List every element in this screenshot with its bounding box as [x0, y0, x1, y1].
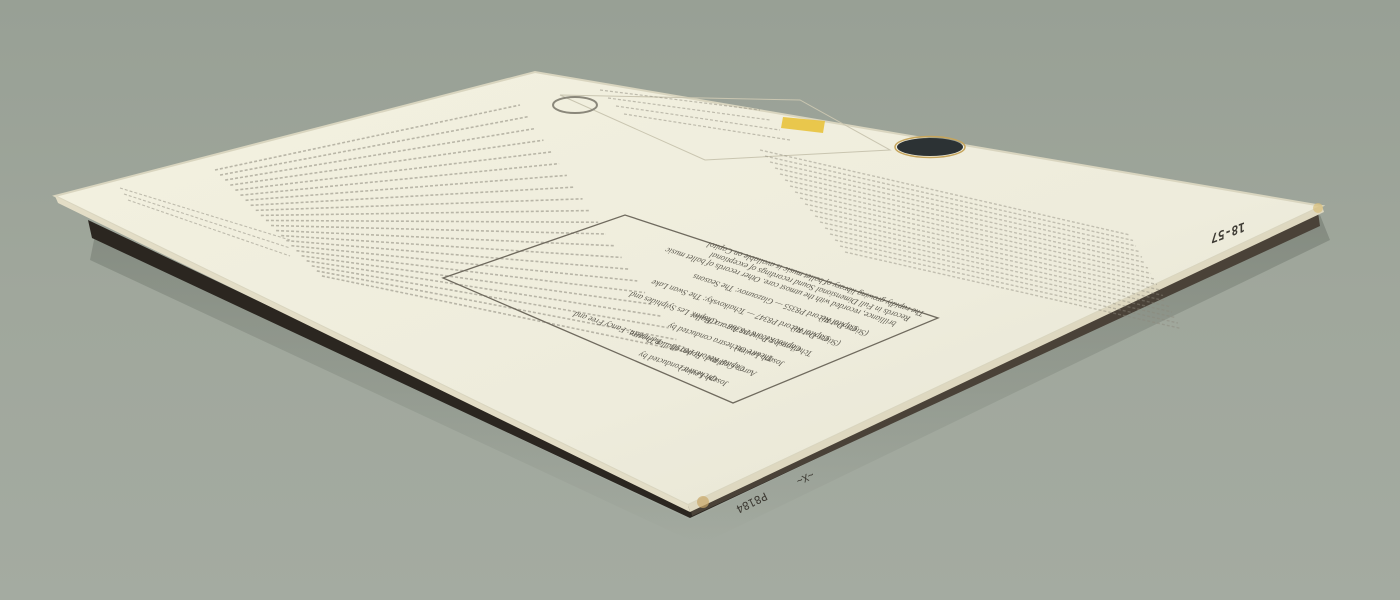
corner-wear-right	[1313, 203, 1323, 213]
capitol-logo	[897, 138, 963, 156]
corner-wear	[697, 496, 709, 508]
photo-scene: The rapidly growing library of ballet mu…	[0, 0, 1400, 600]
